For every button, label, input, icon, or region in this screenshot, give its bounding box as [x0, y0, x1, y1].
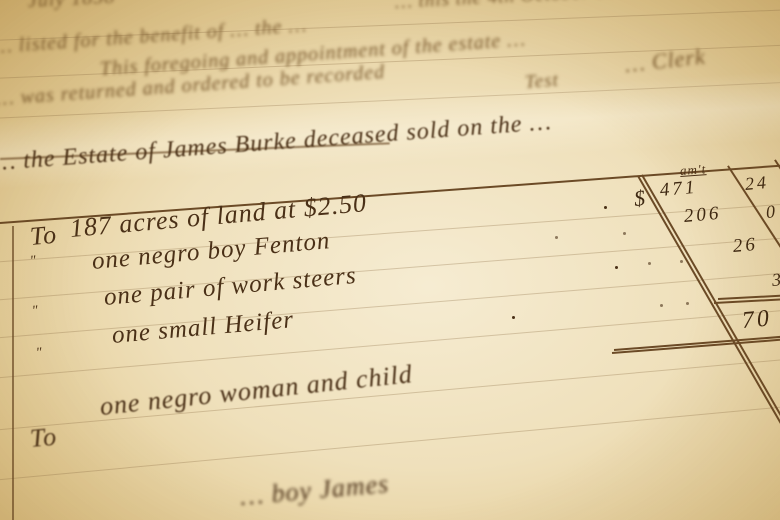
entry-cents: 3	[771, 269, 780, 291]
entry-prefix: To	[29, 422, 59, 454]
header-test: Test	[524, 70, 559, 94]
entry-ditto-mark: "	[29, 253, 37, 270]
leader-dot	[555, 236, 558, 239]
leader-dot	[604, 206, 607, 209]
entry-description: … boy James	[239, 469, 391, 512]
entry-ditto-mark: "	[35, 345, 43, 362]
header-line: … this the 4th October 1858	[394, 0, 638, 14]
total-rule	[614, 335, 780, 351]
entry-description: one negro woman and child	[98, 359, 414, 422]
table-left-margin	[12, 226, 14, 520]
leader-dot	[680, 260, 683, 263]
total-amount: 70	[741, 305, 773, 335]
ledger-page: July 1858 … this the 4th October 1858 … …	[0, 0, 780, 520]
entry-cents: 0	[765, 201, 779, 223]
entry-prefix: To	[29, 220, 59, 252]
entry-description: one small Heifer	[111, 306, 295, 350]
header-date: July 1858	[27, 0, 115, 13]
leader-dot	[512, 316, 515, 319]
leader-dot	[623, 232, 626, 235]
leader-dot	[615, 266, 618, 269]
dollar-sign: $	[633, 185, 650, 212]
entry-amount: 206	[683, 203, 722, 228]
leader-dot	[686, 302, 689, 305]
entry-cents: 24	[744, 172, 770, 195]
leader-dot	[660, 304, 663, 307]
entry-ditto-mark: "	[31, 303, 39, 320]
entry-amount: 26	[732, 234, 759, 258]
total-rule	[612, 338, 780, 354]
leader-dot	[648, 262, 651, 265]
cents-column-divider	[774, 160, 780, 186]
clerk-signature: … Clerk	[624, 44, 707, 78]
entry-amount: 471	[659, 177, 698, 202]
